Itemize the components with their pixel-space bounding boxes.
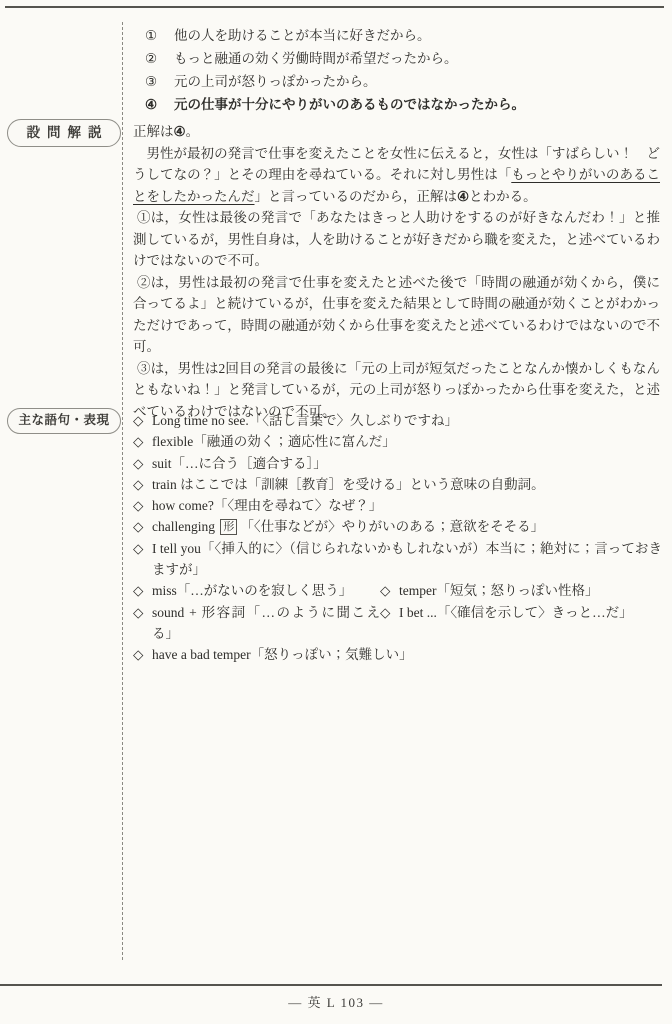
vocabulary-row: ◇ flexible「融通の効く；適応性に富んだ」	[133, 431, 662, 452]
diamond-bullet-icon: ◇	[133, 410, 152, 431]
vocabulary-row: ◇ suit「…に合う［適合する］」	[133, 453, 662, 474]
answer-options-list: ① 他の人を助けることが本当に好きだから。 ② もっと融通の効く労働時間が希望だ…	[145, 24, 658, 116]
explanation-paragraph: 男性が最初の発言で仕事を変えたことを女性に伝えると，女性は「すばらしい！ どうし…	[133, 143, 660, 208]
bottom-border-line	[0, 984, 662, 986]
vocabulary-row: ◇ how come?「〈理由を尋ねて〉なぜ？」	[133, 495, 662, 516]
answer-option: ② もっと融通の効く労働時間が希望だったから。	[145, 47, 658, 70]
diamond-bullet-icon: ◇	[133, 495, 152, 516]
answer-option: ① 他の人を助けることが本当に好きだから。	[145, 24, 658, 47]
vocabulary-row: ◇ I tell you「〈挿入的に〉（信じられないかもしれないが）本当に；絶対…	[133, 538, 662, 581]
dashed-divider-line	[122, 22, 123, 960]
vocabulary-item: ◇ I tell you「〈挿入的に〉（信じられないかもしれないが）本当に；絶対…	[133, 538, 662, 581]
option-number-icon: ③	[145, 70, 174, 93]
answer-option: ③ 元の上司が怒りっぽかったから。	[145, 70, 658, 93]
text-segment: 「〈仕事などが〉やりがいのある；意欲をそそる」	[240, 519, 544, 534]
vocabulary-item-text: challenging 形「〈仕事などが〉やりがいのある；意欲をそそる」	[152, 516, 662, 537]
vocabulary-item-text: I bet ...「〈確信を示して〉きっと…だ」	[399, 602, 662, 623]
text-segment: challenging	[152, 519, 218, 534]
diamond-bullet-icon: ◇	[133, 538, 152, 559]
vocabulary-item: ◇ temper「短気；怒りっぽい性格」	[380, 580, 662, 601]
option-number-icon: ④	[145, 93, 174, 116]
text-segment: Long time no see.「〈話し言葉で〉久しぶりですね」	[152, 413, 458, 428]
vocabulary-item: ◇ suit「…に合う［適合する］」	[133, 453, 662, 474]
explanation-paragraph: ②は，男性は最初の発言で仕事を変えたと述べた後で「時間の融通が効くから，僕に合っ…	[133, 272, 660, 358]
page-number: — 英 L 103 —	[0, 992, 672, 1011]
diamond-bullet-icon: ◇	[133, 474, 152, 495]
text-segment: ①は，女性は最後の発言で「あなたはきっと人助けをするのが好きなんだわ！」と推測し…	[133, 210, 660, 268]
diamond-bullet-icon: ◇	[133, 580, 152, 601]
option-text: もっと融通の効く労働時間が希望だったから。	[174, 47, 658, 70]
diamond-bullet-icon: ◇	[380, 580, 399, 601]
text-segment: I tell you「〈挿入的に〉（信じられないかもしれないが）本当に；絶対に；…	[152, 541, 662, 577]
vocabulary-item-text: suit「…に合う［適合する］」	[152, 453, 662, 474]
text-segment: miss「…がないのを寂しく思う」	[152, 583, 352, 598]
text-segment: temper「短気；怒りっぽい性格」	[399, 583, 598, 598]
text-segment: I bet ...「〈確信を示して〉きっと…だ」	[399, 605, 633, 620]
diamond-bullet-icon: ◇	[133, 602, 152, 623]
text-segment: 。	[186, 124, 200, 139]
vocabulary-item: ◇ flexible「融通の効く；適応性に富んだ」	[133, 431, 662, 452]
vocabulary-row: ◇ Long time no see.「〈話し言葉で〉久しぶりですね」	[133, 410, 662, 431]
option-text: 元の上司が怒りっぽかったから。	[174, 70, 658, 93]
diamond-bullet-icon: ◇	[133, 453, 152, 474]
text-segment: suit「…に合う［適合する］」	[152, 456, 327, 471]
part-of-speech-box: 形	[220, 519, 237, 535]
vocabulary-row: ◇ have a bad temper「怒りっぽい；気難しい」	[133, 644, 662, 665]
vocabulary-item: ◇ challenging 形「〈仕事などが〉やりがいのある；意欲をそそる」	[133, 516, 662, 537]
vocabulary-item-text: I tell you「〈挿入的に〉（信じられないかもしれないが）本当に；絶対に；…	[152, 538, 662, 581]
vocabulary-item: ◇ I bet ...「〈確信を示して〉きっと…だ」	[380, 602, 662, 645]
answer-option: ④ 元の仕事が十分にやりがいのあるものではなかったから。	[145, 93, 658, 116]
vocabulary-item: ◇ how come?「〈理由を尋ねて〉なぜ？」	[133, 495, 662, 516]
option-text: 元の仕事が十分にやりがいのあるものではなかったから。	[174, 93, 658, 116]
diamond-bullet-icon: ◇	[380, 602, 399, 623]
text-segment: ②は，男性は最初の発言で仕事を変えたと述べた後で「時間の融通が効くから，僕に合っ…	[133, 275, 660, 355]
vocabulary-item: ◇ train はここでは「訓練［教育］を受ける」という意味の自動詞。	[133, 474, 662, 495]
text-segment: have a bad temper「怒りっぽい；気難しい」	[152, 647, 413, 662]
vocabulary-list: ◇ Long time no see.「〈話し言葉で〉久しぶりですね」 ◇ fl…	[133, 410, 662, 666]
vocabulary-item: ◇ miss「…がないのを寂しく思う」	[133, 580, 380, 601]
section-label-vocabulary: 主な語句・表現	[7, 408, 121, 434]
text-segment: ④	[174, 124, 186, 139]
vocabulary-item: ◇ Long time no see.「〈話し言葉で〉久しぶりですね」	[133, 410, 662, 431]
text-segment: ④	[457, 189, 469, 204]
text-segment: how come?「〈理由を尋ねて〉なぜ？」	[152, 498, 382, 513]
vocabulary-row: ◇ miss「…がないのを寂しく思う」 ◇ temper「短気；怒りっぽい性格」	[133, 580, 662, 601]
text-segment: flexible「融通の効く；適応性に富んだ」	[152, 434, 396, 449]
text-segment: train はここでは「訓練［教育］を受ける」という意味の自動詞。	[152, 477, 545, 492]
text-segment: とわかる。	[469, 189, 537, 204]
option-number-icon: ②	[145, 47, 174, 70]
vocabulary-item-text: Long time no see.「〈話し言葉で〉久しぶりですね」	[152, 410, 662, 431]
section-label-explanation: 設問解説	[7, 119, 121, 147]
vocabulary-item-text: have a bad temper「怒りっぽい；気難しい」	[152, 644, 662, 665]
vocabulary-row: ◇ sound + 形容詞「…のように聞こえる」 ◇ I bet ...「〈確信…	[133, 602, 662, 645]
worksheet-page: { "colors": { "background": "#fbfaf6", "…	[0, 0, 672, 1024]
vocabulary-item: ◇ sound + 形容詞「…のように聞こえる」	[133, 602, 380, 645]
vocabulary-row: ◇ train はここでは「訓練［教育］を受ける」という意味の自動詞。	[133, 474, 662, 495]
explanation-paragraph: ①は，女性は最後の発言で「あなたはきっと人助けをするのが好きなんだわ！」と推測し…	[133, 207, 660, 272]
top-border-line	[5, 6, 664, 8]
vocabulary-item-text: how come?「〈理由を尋ねて〉なぜ？」	[152, 495, 662, 516]
diamond-bullet-icon: ◇	[133, 516, 152, 537]
text-segment: 正解は	[133, 124, 174, 139]
text-segment: sound + 形容詞「…のように聞こえる」	[152, 605, 380, 641]
vocabulary-item: ◇ have a bad temper「怒りっぽい；気難しい」	[133, 644, 662, 665]
vocabulary-item-text: miss「…がないのを寂しく思う」	[152, 580, 380, 601]
option-number-icon: ①	[145, 24, 174, 47]
vocabulary-item-text: temper「短気；怒りっぽい性格」	[399, 580, 662, 601]
diamond-bullet-icon: ◇	[133, 644, 152, 665]
vocabulary-item-text: sound + 形容詞「…のように聞こえる」	[152, 602, 380, 645]
diamond-bullet-icon: ◇	[133, 431, 152, 452]
vocabulary-item-text: train はここでは「訓練［教育］を受ける」という意味の自動詞。	[152, 474, 662, 495]
option-text: 他の人を助けることが本当に好きだから。	[174, 24, 658, 47]
explanation-paragraph: 正解は④。	[133, 121, 660, 143]
vocabulary-row: ◇ challenging 形「〈仕事などが〉やりがいのある；意欲をそそる」	[133, 516, 662, 537]
explanation-body: 正解は④。男性が最初の発言で仕事を変えたことを女性に伝えると，女性は「すばらしい…	[133, 121, 660, 422]
text-segment: 」と言っているのだから，正解は	[255, 189, 458, 204]
vocabulary-item-text: flexible「融通の効く；適応性に富んだ」	[152, 431, 662, 452]
